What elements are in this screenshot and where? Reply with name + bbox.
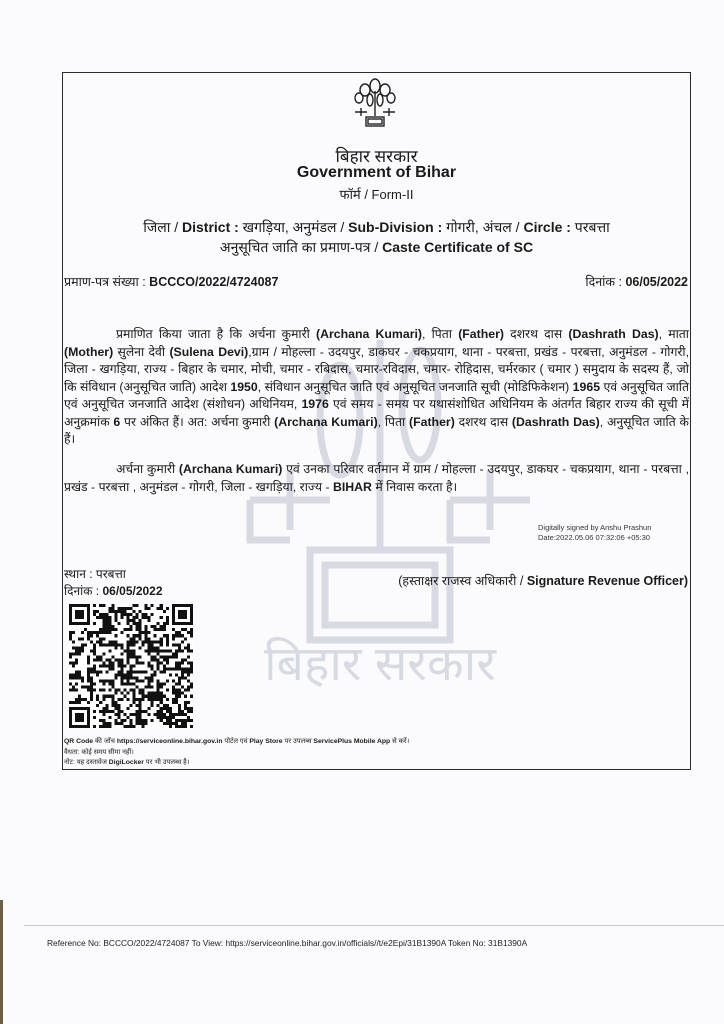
digilocker-note: नोट: यह दस्तावेज DigiLocker पर भी उपलब्ध…: [64, 758, 409, 769]
district-label: District :: [182, 219, 239, 235]
signature-en: Signature Revenue Officer): [527, 574, 688, 588]
digital-signature-date: Date:2022.05.06 07:32:06 +05:30: [538, 533, 651, 543]
reference-line: Reference No: BCCCO/2022/4724087 To View…: [47, 938, 527, 948]
verification-notes: QR Code की जाँच https://serviceonline.bi…: [64, 737, 409, 769]
place: स्थान : परबत्ता: [64, 565, 126, 582]
issue-date-value: 06/05/2022: [102, 584, 162, 598]
certificate-number-label: प्रमाण-पत्र संख्या :: [64, 275, 149, 289]
signature-hi: (हस्ताक्षर राजस्व अधिकारी /: [398, 574, 527, 588]
certificate-date-label: दिनांक :: [585, 275, 625, 289]
certificate-date: दिनांक : 06/05/2022: [585, 273, 688, 290]
issue-date: दिनांक : 06/05/2022: [64, 582, 163, 599]
district-line: जिला / District : खगड़िया, अनुमंडल / Sub…: [62, 218, 691, 237]
certificate-title-en: Caste Certificate of SC: [382, 239, 533, 255]
form-label-text: फॉर्म / Form-II: [340, 187, 414, 202]
circle-value: परबत्ता: [571, 219, 610, 235]
residence-paragraph: अर्चना कुमारी (Archana Kumari) एवं उनका …: [64, 461, 689, 496]
title-english: Government of Bihar: [62, 164, 691, 182]
qr-verification-note: QR Code की जाँच https://serviceonline.bi…: [64, 737, 409, 748]
issue-date-label: दिनांक :: [64, 584, 102, 598]
place-label: स्थान :: [64, 567, 96, 581]
verification-link[interactable]: https://serviceonline.bihar.gov.in: [117, 738, 223, 745]
district-hi: जिला /: [143, 219, 182, 235]
subdivision-value: गोगरी, अंचल /: [442, 219, 523, 235]
certificate-number: प्रमाण-पत्र संख्या : BCCCO/2022/4724087: [64, 273, 278, 290]
certification-paragraph: प्रमाणित किया जाता है कि अर्चना कुमारी (…: [64, 326, 689, 449]
scan-edge: [0, 900, 3, 1024]
certificate-date-value: 06/05/2022: [625, 275, 688, 289]
certificate-number-value: BCCCO/2022/4724087: [149, 275, 278, 289]
validity-note: वैधता: कोई समय सीमा नहीं।: [64, 748, 409, 759]
bihar-emblem-bodhi-tree-icon: [349, 76, 401, 130]
certificate-title-hi: अनुसूचित जाति का प्रमाण-पत्र /: [220, 239, 382, 255]
district-value: खगड़िया, अनुमंडल /: [239, 219, 348, 235]
subdivision-label: Sub-Division :: [348, 219, 442, 235]
certificate-title: अनुसूचित जाति का प्रमाण-पत्र / Caste Cer…: [62, 238, 691, 257]
digital-signature-signer: Digitally signed by Anshu Prashun: [538, 523, 651, 533]
footer-divider: [24, 925, 724, 926]
circle-label: Circle :: [523, 219, 570, 235]
signature-revenue-officer: (हस्ताक्षर राजस्व अधिकारी / Signature Re…: [398, 572, 688, 589]
qr-code-icon[interactable]: [68, 604, 194, 728]
place-value: परबत्ता: [96, 567, 126, 581]
digital-signature: Digitally signed by Anshu Prashun Date:2…: [538, 523, 651, 543]
form-label: फॉर्म / Form-II: [62, 185, 691, 203]
